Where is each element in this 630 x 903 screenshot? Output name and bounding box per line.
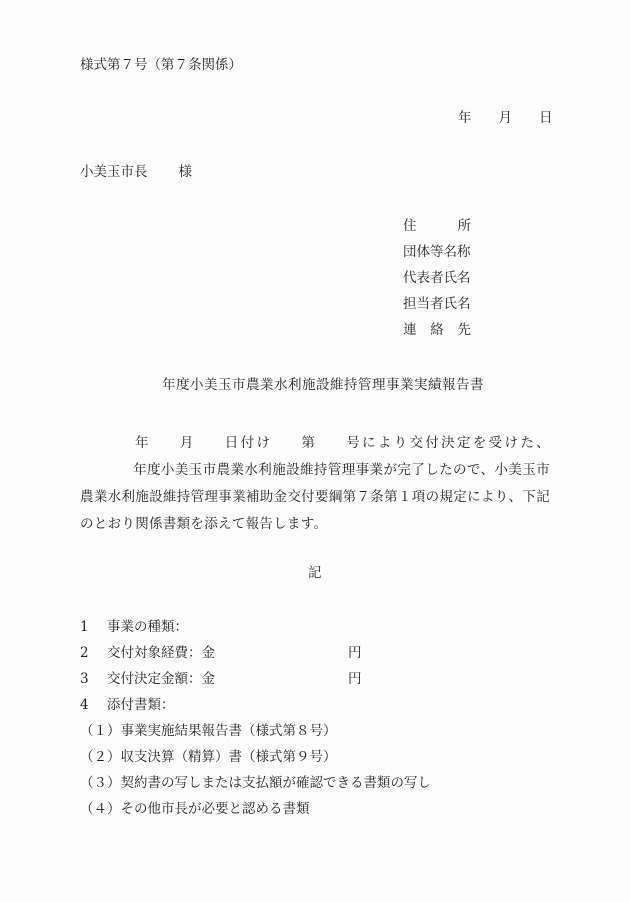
item-decided-amount: 3 交付決定金額：金 円 xyxy=(80,670,215,696)
body-paragraph: 年月日付け第号により交付決定を受けた、年度小美玉市農業水利施設維持管理事業が完了… xyxy=(80,430,550,538)
date-year-label: 年 xyxy=(458,109,472,127)
date-line: 年月日 xyxy=(458,109,553,127)
yen-unit: 円 xyxy=(348,644,362,662)
date-month-label: 月 xyxy=(499,109,513,127)
item-business-type: 1 事業の種類： xyxy=(80,618,215,644)
applicant-contact-person-label: 担当者氏名 xyxy=(403,295,471,321)
date-day-label: 日 xyxy=(539,109,553,127)
form-number: 様式第７号（第７条関係） xyxy=(80,56,242,74)
document-title: 年度小美玉市農業水利施設維持管理事業実績報告書 xyxy=(162,376,484,394)
item-attachments: 4 添付書類： xyxy=(80,696,215,722)
addressee-honorific: 様 xyxy=(179,164,193,180)
attachment-item: （３）契約書の写しまたは支払額が確認できる書類の写し xyxy=(80,774,431,800)
attachment-item: （４）その他市長が必要と認める書類 xyxy=(80,800,431,826)
yen-unit: 円 xyxy=(348,670,362,688)
applicant-representative-label: 代表者氏名 xyxy=(403,269,471,295)
addressee-name: 小美玉市長 xyxy=(80,164,148,180)
attachments-list: （１）事業実施結果報告書（様式第８号） （２）収支決算（精算）書（様式第９号） … xyxy=(80,722,431,826)
applicant-address-label: 住 所 xyxy=(403,217,471,243)
ki-heading: 記 xyxy=(308,564,322,582)
addressee: 小美玉市長様 xyxy=(80,163,192,181)
applicant-contact-label: 連 絡 先 xyxy=(403,321,471,347)
attachment-item: （２）収支決算（精算）書（様式第９号） xyxy=(80,748,431,774)
item-eligible-cost: 2 交付対象経費：金 円 xyxy=(80,644,215,670)
applicant-organization-label: 団体等名称 xyxy=(403,243,471,269)
items-list: 1 事業の種類： 2 交付対象経費：金 円 3 交付決定金額：金 円 4 添付書… xyxy=(80,618,215,722)
attachment-item: （１）事業実施結果報告書（様式第８号） xyxy=(80,722,431,748)
applicant-block: 住 所 団体等名称 代表者氏名 担当者氏名 連 絡 先 xyxy=(403,217,471,347)
